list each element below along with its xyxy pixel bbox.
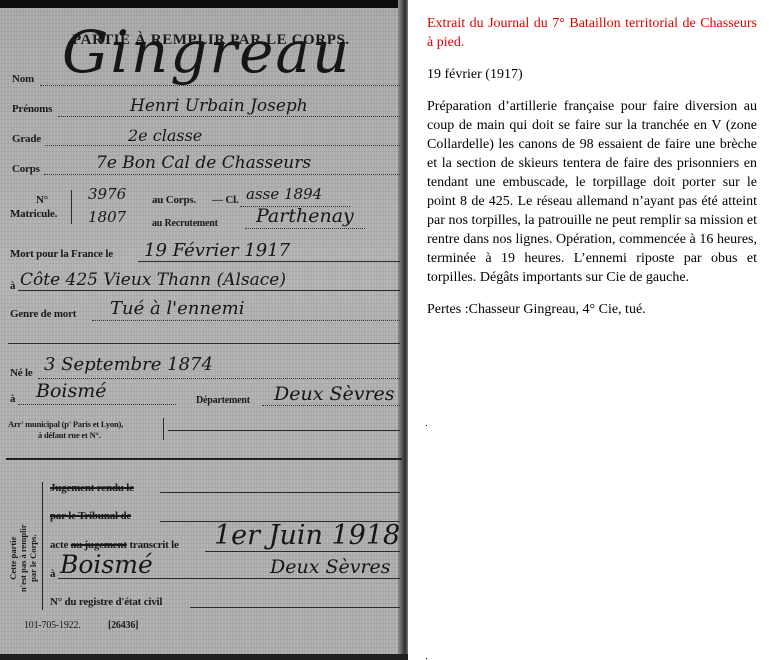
death-record-card-scan: PARTIE À REMPLIR PAR LE CORPS. Nom Gingr… [0, 0, 408, 660]
extract-title: Extrait du Journal du 7° Bataillon terri… [427, 14, 757, 52]
lieu-naissance-value: Boismé [36, 380, 107, 402]
lower-brace [42, 482, 43, 610]
matricule-classe-label: — Cl. [212, 194, 239, 206]
lieu-transcription-value: Boismé [60, 550, 153, 579]
separator-line-1 [8, 343, 400, 344]
side-note-line-2: n'est pas à remplir [18, 524, 28, 592]
corps-line [44, 174, 400, 175]
mort-value: 19 Février 1917 [144, 240, 290, 261]
matricule-corps-label: au Corps. [152, 194, 196, 206]
footer-ref: [26436] [108, 620, 138, 631]
tribunal-label: par le Tribunal de [50, 510, 131, 522]
nom-value: Gingreau [62, 18, 351, 86]
arrondissement-label-2: à défaut rue et N°. [38, 430, 101, 440]
genre-mort-value: Tué à l'ennemi [110, 298, 244, 319]
extract-body: Préparation d’artillerie française pour … [427, 97, 757, 287]
jugement-label: Jugement rendu le [50, 482, 134, 494]
lieu-transcription-value-2: Deux Sèvres [270, 556, 391, 578]
arrondissement-label-1: Arr' municipal (p' Paris et Lyon), [8, 419, 123, 429]
arrondissement-brace [163, 418, 164, 440]
acte-line [205, 551, 400, 552]
corps-label: Corps [12, 163, 40, 175]
side-note-line-1: Cette partie [8, 524, 18, 592]
matricule-recrutement-label: au Recrutement [152, 218, 218, 229]
prenoms-value: Henri Urbain Joseph [130, 96, 308, 116]
naissance-value: 3 Septembre 1874 [44, 354, 213, 375]
mort-label: Mort pour la France le [10, 248, 113, 260]
lieu-naissance-label: à [10, 393, 15, 405]
jugement-line [160, 492, 400, 493]
stray-dot-2 [426, 658, 427, 659]
prenoms-label: Prénoms [12, 103, 52, 115]
scan-top-border [0, 0, 408, 8]
stray-dot-1 [426, 425, 427, 426]
registre-line [190, 607, 400, 608]
arrondissement-line [168, 430, 400, 431]
corps-value: 7e Bon Cal de Chasseurs [96, 153, 311, 173]
lieu-transcription-label: à [50, 568, 55, 580]
nom-label: Nom [12, 73, 34, 85]
extract-date: 19 février (1917) [427, 65, 757, 84]
side-note: Cette partie n'est pas à remplir par le … [8, 524, 38, 592]
registre-label: N° du registre d'état civil [50, 596, 162, 608]
matricule-corps-number: 3976 [88, 185, 126, 203]
separator-line-2 [6, 458, 402, 460]
grade-value: 2e classe [128, 126, 202, 145]
genre-mort-line [92, 320, 400, 321]
departement-label: Département [196, 395, 250, 406]
side-note-line-3: par le Corps. [28, 524, 38, 592]
mort-line [138, 261, 400, 262]
grade-label: Grade [12, 133, 41, 145]
matricule-recrutement-number: 1807 [88, 208, 126, 226]
matricule-brace [71, 190, 72, 224]
matricule-no-label: N° [36, 194, 48, 206]
departement-value: Deux Sèvres [274, 383, 395, 405]
naissance-label: Né le [10, 367, 33, 379]
recrutement-line [245, 228, 365, 229]
departement-line [262, 405, 400, 406]
matricule-recrutement-value: Parthenay [256, 205, 354, 227]
journal-extract: Extrait du Journal du 7° Bataillon terri… [427, 14, 757, 332]
acte-value: 1er Juin 1918 [214, 520, 400, 551]
scan-bottom-border [0, 654, 408, 660]
naissance-line [38, 378, 400, 379]
scan-right-edge [398, 0, 408, 660]
lieu-naissance-line [18, 404, 176, 405]
extract-losses: Pertes :Chasseur Gingreau, 4° Cie, tué. [427, 300, 757, 319]
matricule-classe-value: asse 1894 [246, 185, 322, 203]
grade-line [45, 145, 400, 146]
lieu-mort-label: à [10, 280, 15, 292]
matricule-label: Matricule. [10, 208, 57, 220]
prenoms-line [58, 116, 400, 117]
lieu-mort-value: Côte 425 Vieux Thann (Alsace) [20, 270, 286, 290]
footer-code: 101-705-1922. [24, 620, 81, 631]
genre-mort-label: Genre de mort [10, 308, 76, 320]
lieu-mort-line [18, 290, 400, 291]
